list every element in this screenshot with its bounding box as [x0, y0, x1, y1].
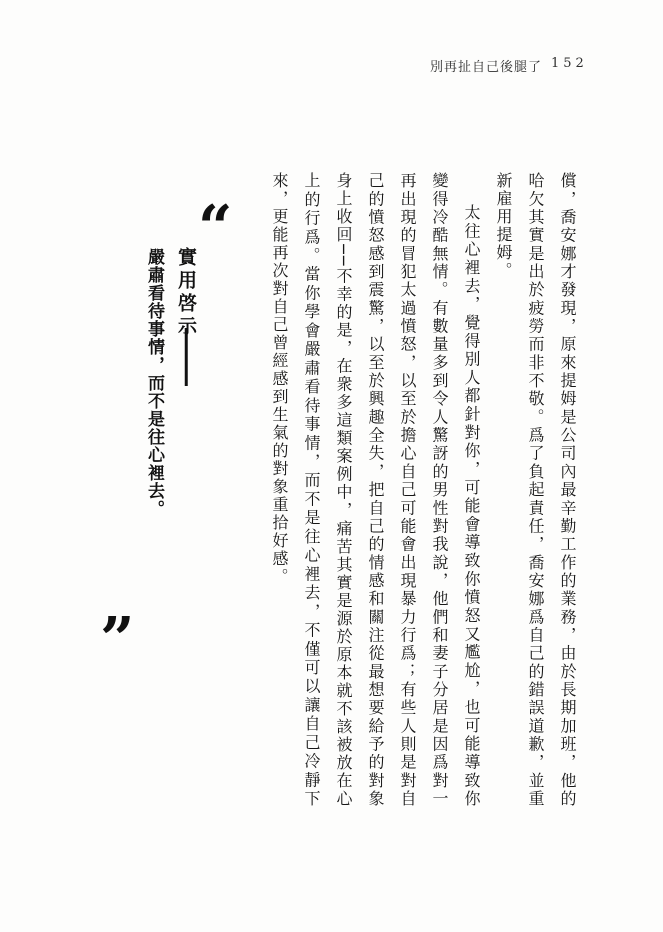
- book-page: 別再扯自己後腿了 152 償，喬安娜才發現，原來提姆是公司內最辛勤工作的業務，由…: [0, 0, 663, 932]
- paragraph-2: 太往心裡去，覺得別人都針對你，可能會導致你憤怒又尷尬，也可能導致你變得冷酷無情。…: [263, 172, 487, 808]
- quote-dash-line: [185, 328, 188, 386]
- open-quote-icon: “: [198, 198, 233, 258]
- close-quote-icon: ”: [100, 610, 135, 670]
- running-head-title: 別再扯自己後腿了: [430, 56, 542, 75]
- pull-quote-label: 實用啓示: [173, 247, 199, 392]
- paragraph-1: 償，喬安娜才發現，原來提姆是公司內最辛勤工作的業務，由於長期加班，他的哈欠其實是…: [487, 172, 583, 808]
- page-number: 152: [551, 56, 588, 71]
- pull-quote-label-text: 實用啓示: [173, 247, 199, 339]
- main-text-block: 償，喬安娜才發現，原來提姆是公司內最辛勤工作的業務，由於長期加班，他的哈欠其實是…: [263, 172, 583, 808]
- pull-quote-text: 嚴肅看待事情，而不是往心裡去。: [141, 248, 167, 528]
